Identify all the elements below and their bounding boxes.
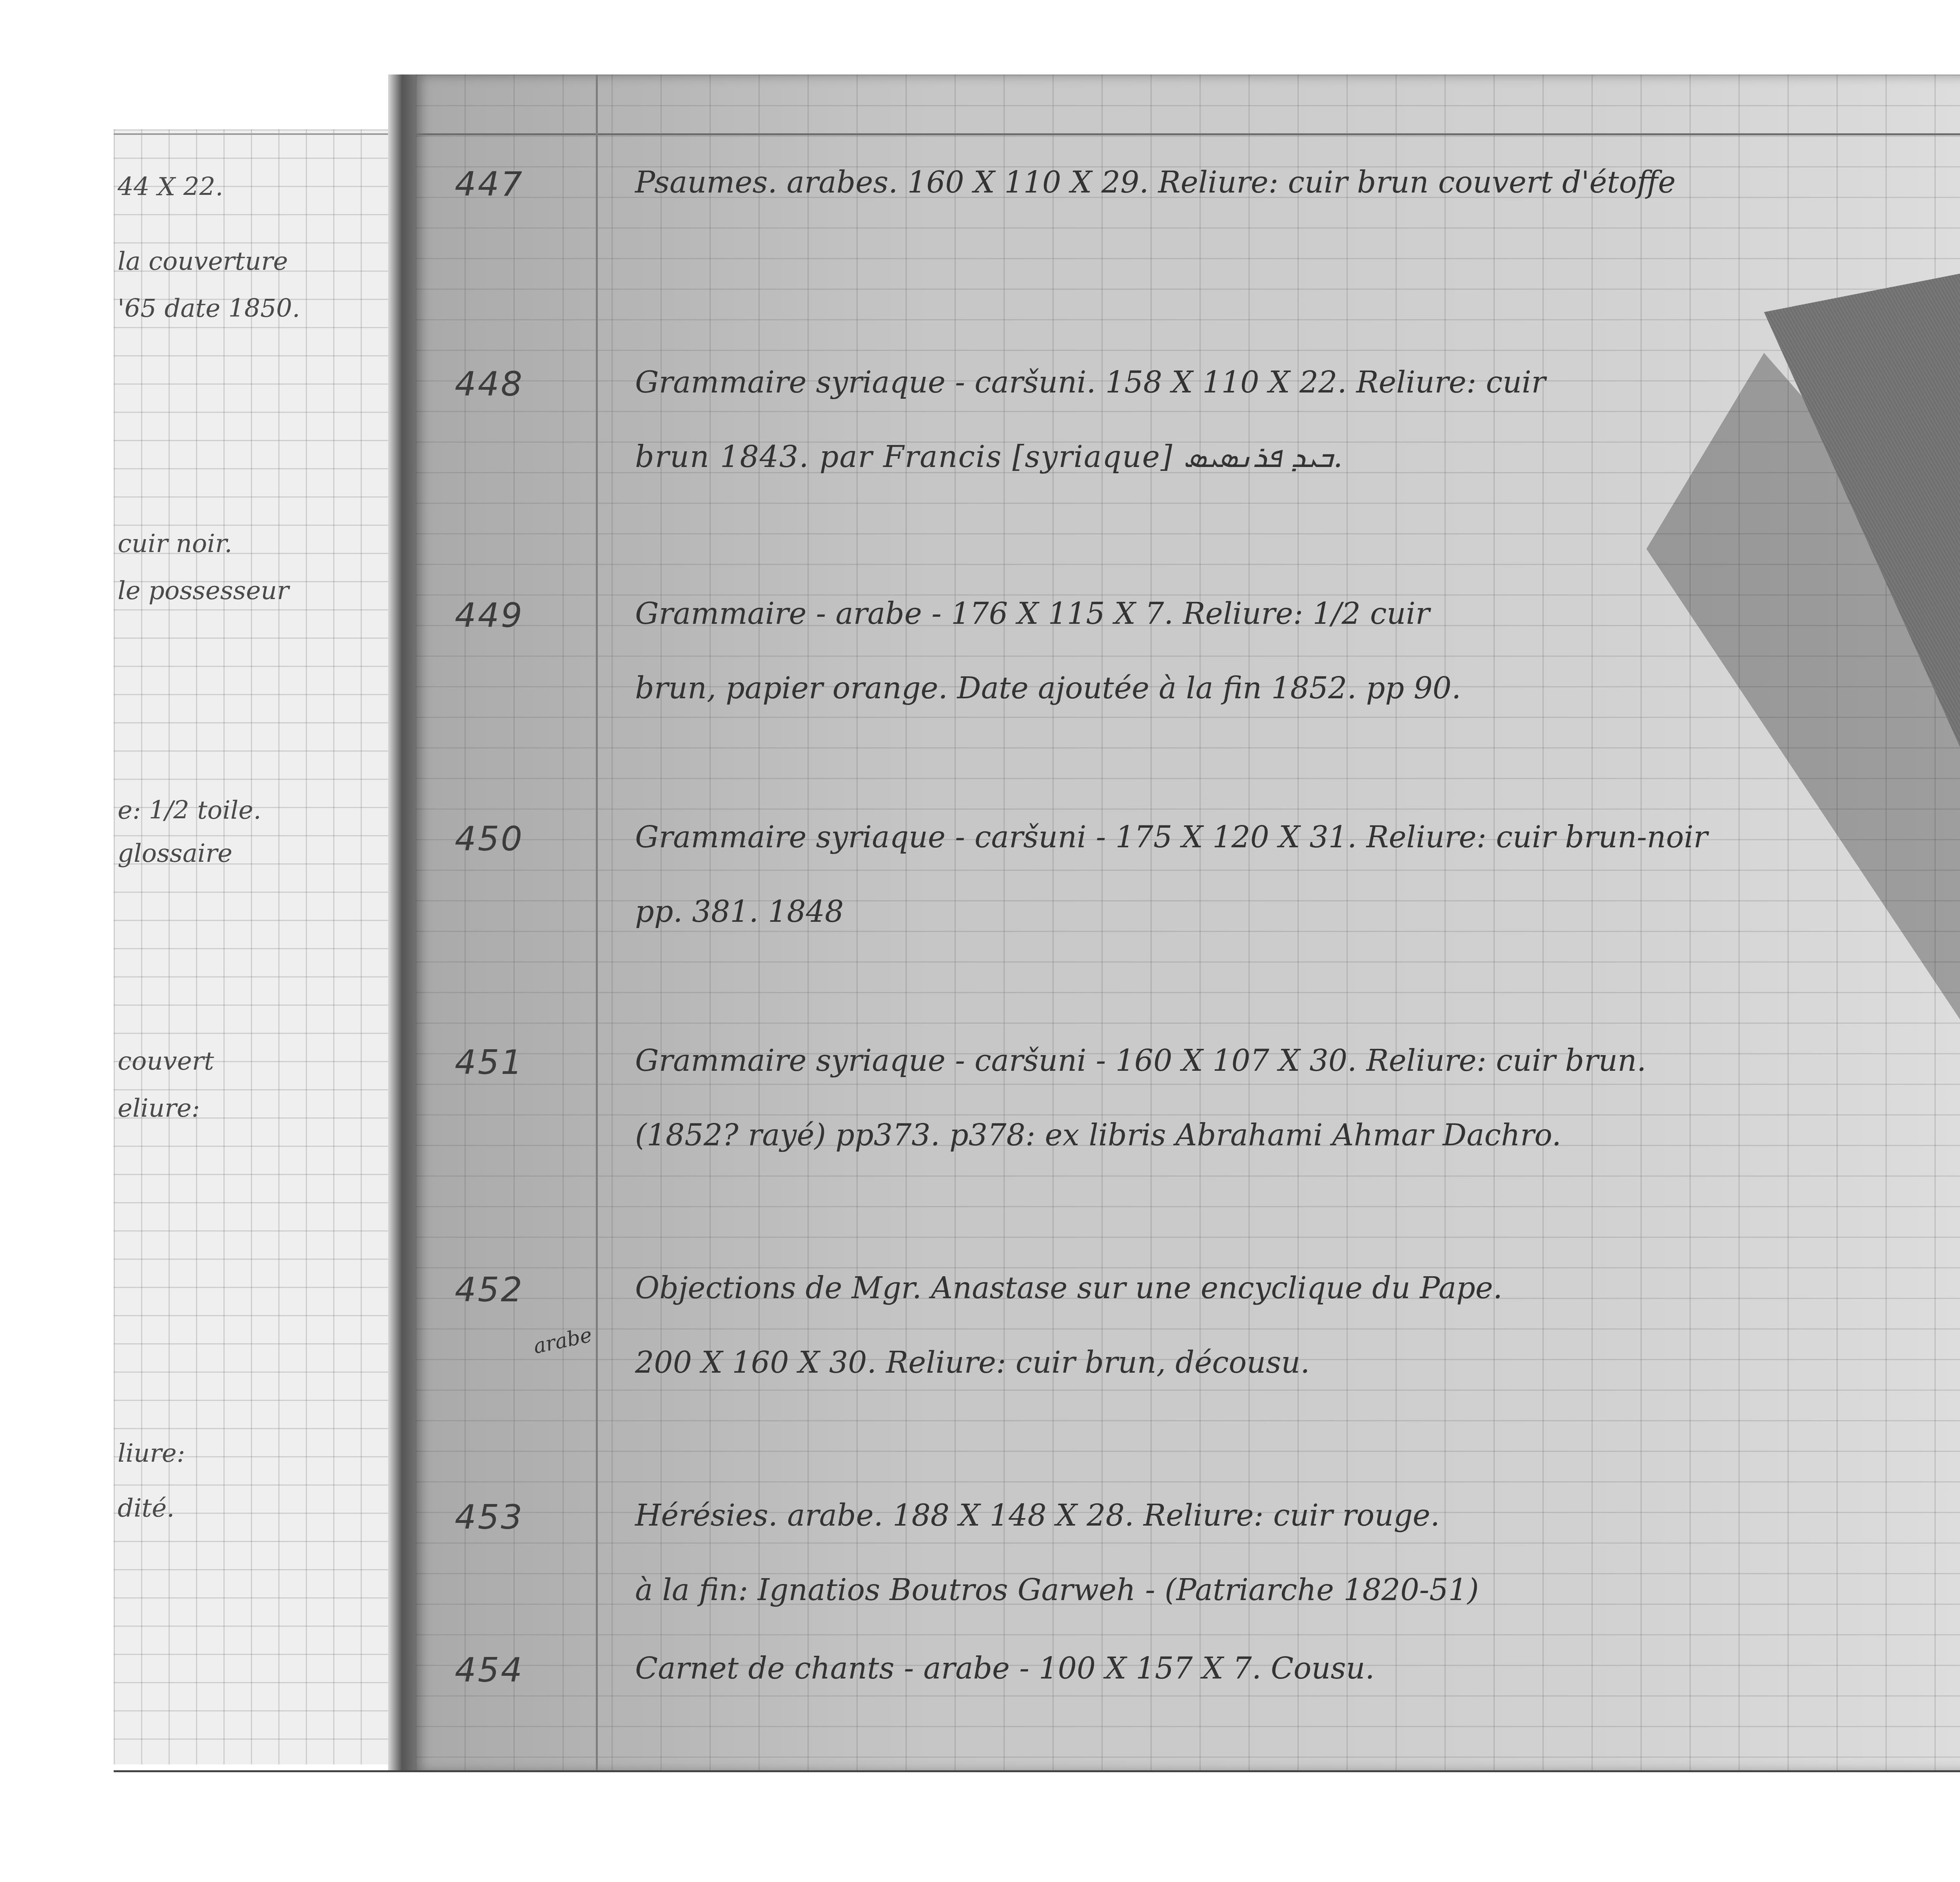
entry-text-line: Carnet de chants - arabe - 100 X 157 X 7… (635, 1651, 1375, 1686)
entry-text-line: pp. 381. 1848 (635, 894, 844, 929)
left-fragment: e: 1/2 toile. (118, 796, 261, 825)
entry-text-line: Psaumes. arabes. 160 X 110 X 29. Reliure… (635, 165, 1676, 200)
entry-number: 449 (455, 596, 524, 635)
entry-number: 448 (455, 365, 524, 404)
entry-text-line: à la fin: Ignatios Boutros Garweh - (Pat… (635, 1572, 1479, 1607)
margin-note: arabe (531, 1323, 594, 1359)
entry-text-line: Objections de Mgr. Anastase sur une ency… (635, 1270, 1503, 1305)
left-fragment: eliure: (118, 1094, 200, 1123)
entry-text-line: 200 X 160 X 30. Reliure: cuir brun, déco… (635, 1345, 1310, 1380)
entry-text-line: Grammaire syriaque - caršuni - 175 X 120… (635, 819, 1708, 854)
entry-text-line: Hérésies. arabe. 188 X 148 X 28. Reliure… (635, 1498, 1440, 1533)
margin-rule (596, 74, 598, 1772)
entry-number: 447 (455, 165, 524, 204)
entry-number: 454 (455, 1651, 524, 1690)
left-fragment: le possesseur (118, 576, 289, 605)
entry-number: 451 (455, 1043, 524, 1082)
left-fragment: la couverture (118, 247, 288, 276)
entry-number: 453 (455, 1498, 524, 1537)
left-fragment: couvert (118, 1047, 214, 1076)
right-page-top-rule (416, 133, 1960, 135)
entry-text-line: Grammaire syriaque - caršuni - 160 X 107… (635, 1043, 1646, 1078)
entry-number: 452 (455, 1270, 524, 1310)
left-fragment: liure: (118, 1439, 185, 1468)
entry-text-line: Grammaire syriaque - caršuni. 158 X 110 … (635, 365, 1546, 400)
entry-text-line: brun, papier orange. Date ajoutée à la f… (635, 670, 1461, 705)
left-page: 44 X 22. la couverture '65 date 1850. cu… (114, 129, 416, 1764)
book-gutter (388, 74, 419, 1772)
left-page-top-rule (114, 133, 416, 135)
entry-text-line: (1852? rayé) pp373. p378: ex libris Abra… (635, 1117, 1561, 1152)
left-fragment: '65 date 1850. (118, 294, 300, 323)
entry-text-line: brun 1843. par Francis [syriaque] ܒܝܕ ܦܪ… (635, 439, 1343, 475)
right-page: 447 Psaumes. arabes. 160 X 110 X 29. Rel… (416, 74, 1960, 1772)
left-fragment: cuir noir. (118, 529, 232, 558)
bottom-edge (114, 1770, 1960, 1772)
entry-number: 450 (455, 819, 524, 859)
entry-text-line: Grammaire - arabe - 176 X 115 X 7. Reliu… (635, 596, 1430, 631)
left-fragment: 44 X 22. (118, 173, 223, 202)
left-fragment: glossaire (118, 839, 232, 868)
left-fragment: dité. (118, 1494, 174, 1523)
